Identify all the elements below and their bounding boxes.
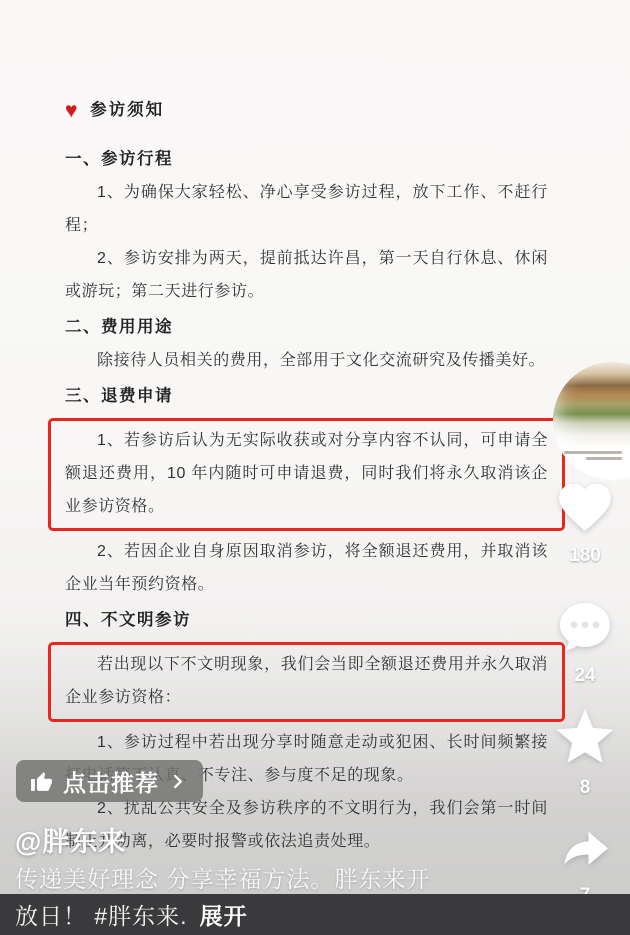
like-button[interactable]: 180 [545, 476, 625, 567]
thumbs-up-icon [29, 769, 54, 794]
document-title-row: ♥ 参访须知 [65, 94, 548, 127]
highlight-box-refund: 1、若参访后认为无实际收获或对分享内容不认同，可申请全额退还费用，10 年内随时… [48, 418, 565, 531]
favorite-button[interactable]: 8 [545, 702, 625, 799]
comment-count: 24 [545, 665, 625, 687]
highlight-box-uncivil: 若出现以下不文明现象，我们会当即全额退还费用并永久取消企业参访资格： [48, 642, 565, 722]
caption-line-1: 传递美好理念 分享幸福方法。胖东来开 [15, 861, 430, 894]
section-heading-3: 三、退费申请 [65, 380, 548, 413]
document-photo-caption [560, 448, 622, 460]
paragraph: 2、参访安排为两天，提前抵达许昌，第一天自行休息、休闲或游玩；第二天进行参访。 [65, 242, 548, 308]
section-heading-1: 一、参访行程 [65, 143, 548, 176]
share-arrow-icon [554, 822, 616, 878]
expand-link[interactable]: 展开 [200, 898, 248, 931]
section-heading-4: 四、不文明参访 [65, 604, 548, 637]
username-link[interactable]: @胖东来 [15, 820, 126, 859]
recommend-button[interactable]: 点击推荐 [16, 760, 203, 802]
recommend-button-label: 点击推荐 [63, 765, 159, 798]
paragraph: 若出现以下不文明现象，我们会当即全额退还费用并永久取消企业参访资格： [65, 648, 548, 714]
comment-bubble-icon [554, 598, 616, 658]
chevron-right-icon [168, 772, 187, 791]
like-count: 180 [545, 545, 625, 567]
caption-line-2: 放日！ #胖东来. [15, 898, 188, 931]
red-heart-icon: ♥ [65, 100, 78, 121]
document-title: 参访须知 [90, 94, 164, 127]
paragraph: 2、若因企业自身原因取消参访，将全额退还费用，并取消该企业当年预约资格。 [65, 535, 548, 601]
caption-bar: 放日！ #胖东来. 展开 [0, 894, 630, 935]
video-frame: ♥ 参访须知 一、参访行程 1、为确保大家轻松、净心享受参访过程，放下工作、不赶… [0, 0, 630, 935]
paragraph: 1、为确保大家轻松、净心享受参访过程，放下工作、不赶行程； [65, 176, 548, 242]
section-heading-2: 二、费用用途 [65, 311, 548, 344]
paragraph: 1、若参访后认为无实际收获或对分享内容不认同，可申请全额退还费用，10 年内随时… [65, 424, 548, 523]
star-icon [550, 702, 620, 770]
comment-button[interactable]: 24 [545, 598, 625, 687]
heart-icon [552, 476, 618, 538]
paragraph: 除接待人员相关的费用，全部用于文化交流研究及传播美好。 [65, 344, 548, 377]
favorite-count: 8 [545, 777, 625, 799]
document-page: ♥ 参访须知 一、参访行程 1、为确保大家轻松、净心享受参访过程，放下工作、不赶… [65, 94, 548, 858]
